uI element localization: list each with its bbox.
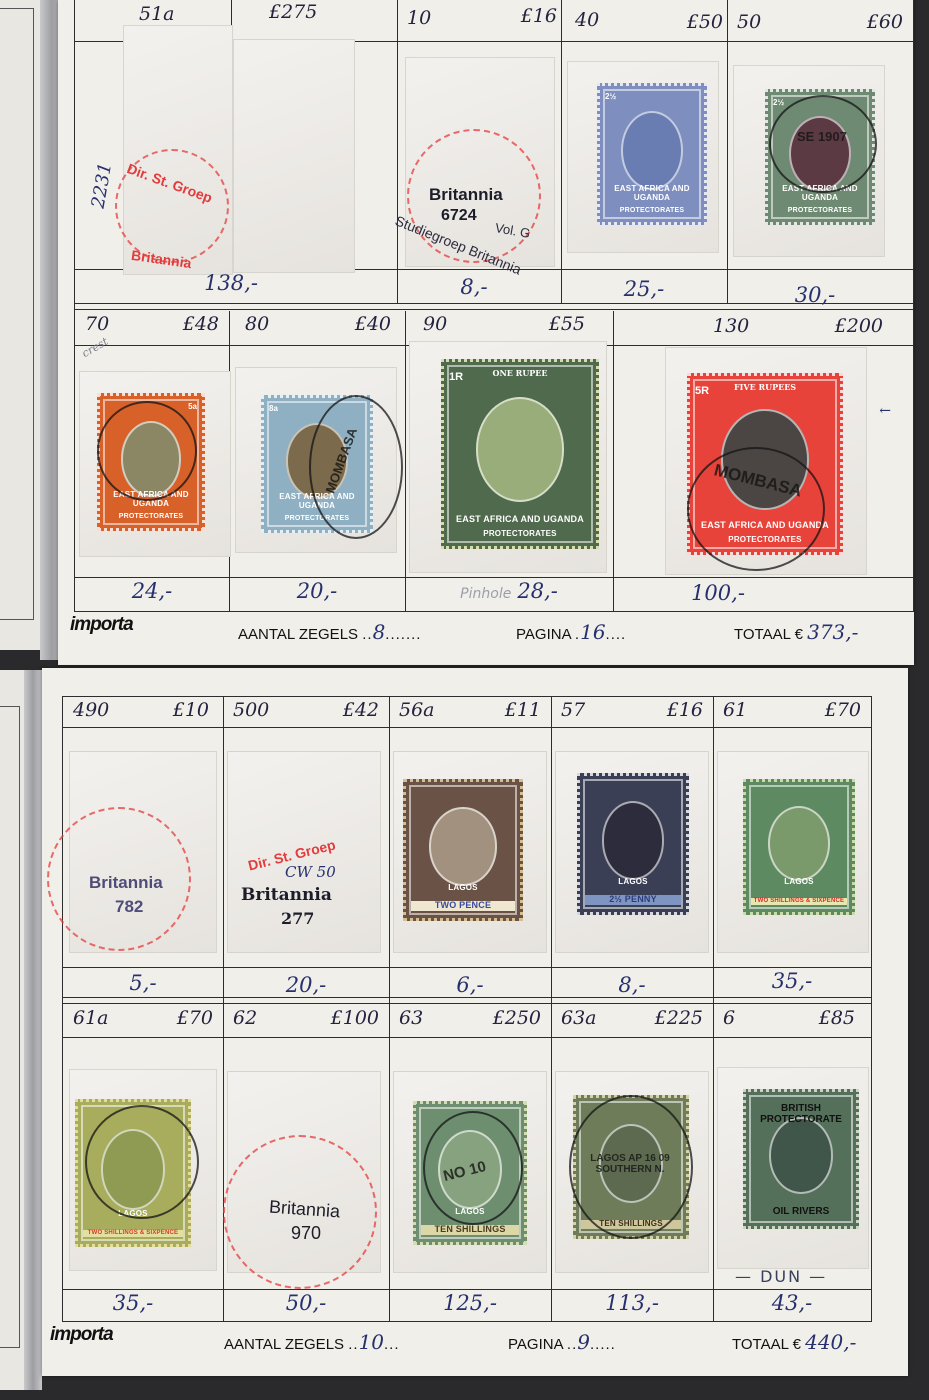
stamp-slot[interactable]: 80 £40 8a EAST AFRICA AND UGANDA PROTECT… <box>229 311 405 611</box>
count-value: 10 <box>359 1330 384 1354</box>
stamp-slot[interactable]: 70 £48 crest 5a EAST AFRICA AND UGANDA P… <box>75 311 229 611</box>
price: 25,- <box>561 277 727 301</box>
stamp-value-label: TEN SHILLINGS <box>421 1225 519 1235</box>
price: 113,- <box>551 1291 713 1315</box>
stamp-slot[interactable]: 61a £70 LAGOS TWO SHILLINGS & SIXPENCE 3… <box>63 1005 223 1321</box>
approval-page-upper: 51a £275 2231 Dir. St. Groep Britannia 1… <box>58 0 914 665</box>
catalogue-number: 490 <box>73 699 109 721</box>
catalogue-value: £16 <box>667 699 703 721</box>
stamp-east-africa-uganda-five-rupees[interactable]: FIVE RUPEES 5R EAST AFRICA AND UGANDA PR… <box>687 373 843 555</box>
page-number: PAGINA .16.... <box>516 620 626 644</box>
postmark: MOMBASA <box>309 395 403 539</box>
stamp-slot[interactable]: 61 £70 LAGOS TWO SHILLINGS & SIXPENCE 35… <box>713 697 871 997</box>
catalogue-value: £200 <box>835 315 883 337</box>
stamp-slot[interactable]: 500 £42 Dir. St. Groep CW 50 Britannia 2… <box>223 697 389 997</box>
catalogue-value: £70 <box>177 1007 213 1029</box>
catalogue-value: £11 <box>505 699 541 721</box>
stamp-east-africa-uganda[interactable]: 2½ EAST AFRICA AND UGANDA PROTECTORATES <box>597 83 707 225</box>
total-value: 373,- <box>807 620 858 644</box>
importa-logo: importa <box>70 614 133 636</box>
stamp-value-label: TWO SHILLINGS & SIXPENCE <box>83 1230 183 1237</box>
stamp-count: AANTAL ZEGELS ..8....... <box>238 620 421 644</box>
handwritten-note: — DUN — <box>735 1267 827 1286</box>
stamp-slot[interactable]: 62 £100 Britannia 970 50,- <box>223 1005 389 1321</box>
stamp-grid-upper: 51a £275 2231 Dir. St. Groep Britannia 1… <box>74 0 914 612</box>
postmark <box>85 1105 199 1219</box>
overprint-bottom: OIL RIVERS <box>747 1206 855 1217</box>
page-value: 16 <box>580 620 605 644</box>
stamp-value-label: TWO PENCE <box>411 901 515 911</box>
postmark: SE 1907 <box>769 95 877 193</box>
catalogue-number: 56a <box>399 699 435 721</box>
stamp-country: EAST AFRICA AND UGANDA <box>605 185 699 203</box>
price: 20,- <box>229 579 405 603</box>
count-label: AANTAL ZEGELS <box>224 1336 344 1353</box>
britannia-stamp-text: Britannia <box>89 873 163 893</box>
catalogue-value: £250 <box>493 1007 541 1029</box>
stamp-subtitle: PROTECTORATES <box>105 513 197 521</box>
approval-page-lower: 490 £10 Britannia 782 5,- 500 £42 Dir. S… <box>42 668 908 1376</box>
catalogue-number: 61 <box>723 699 747 721</box>
stamp-slot[interactable]: 63a £225 TEN SHILLINGS LAGOS AP 16 09 SO… <box>551 1005 713 1321</box>
catalogue-value: £48 <box>183 313 219 335</box>
condition-note: Pinhole <box>460 586 511 602</box>
price: 138,- <box>65 271 397 295</box>
catalogue-number: 90 <box>423 313 447 335</box>
stamp-denomination: 1R <box>449 371 591 383</box>
page-label: PAGINA <box>516 626 571 643</box>
britannia-stamp-text: Britannia <box>241 885 332 905</box>
price: 6,- <box>389 973 551 997</box>
price: 35,- <box>713 969 871 993</box>
catalogue-number: 51a <box>139 3 175 25</box>
catalogue-number: 63a <box>561 1007 597 1029</box>
page-number: PAGINA ..9..... <box>508 1330 616 1354</box>
postmark <box>97 401 197 501</box>
postmark: MOMBASA <box>687 447 825 571</box>
stamp-east-africa-uganda[interactable]: 8a EAST AFRICA AND UGANDA PROTECTORATES … <box>261 395 373 533</box>
stamp-slot[interactable]: 51a £275 2231 Dir. St. Groep Britannia 1… <box>75 0 397 303</box>
britannia-stamp-number: 6724 <box>441 207 477 225</box>
catalogue-value: £50 <box>687 11 723 33</box>
stamp-slot[interactable]: 130 £200 FIVE RUPEES 5R EAST AFRICA AND … <box>613 311 913 611</box>
stamp-slot[interactable]: 10 £16 Britannia 6724 Studiegroep Britan… <box>397 0 561 303</box>
stamp-slot[interactable]: 56a £11 LAGOS TWO PENCE 6,- <box>389 697 551 997</box>
price: 100,- <box>523 581 913 605</box>
catalogue-value: £42 <box>343 699 379 721</box>
handwritten-note: 2231 <box>88 161 117 210</box>
stamp-slot[interactable]: 6 £85 BRITISH PROTECTORATE OIL RIVERS — … <box>713 1005 871 1321</box>
price: 8,- <box>387 275 561 299</box>
stamp-lagos[interactable]: LAGOS TEN SHILLINGS NO 10 <box>413 1101 527 1245</box>
stamp-slot[interactable]: 90 £55 ONE RUPEE 1R EAST AFRICA AND UGAN… <box>405 311 613 611</box>
stamp-country: LAGOS <box>751 878 847 887</box>
stamp-slot[interactable]: 490 £10 Britannia 782 5,- <box>63 697 223 997</box>
stamp-count: AANTAL ZEGELS ..10... <box>224 1330 400 1354</box>
stamp-country: LAGOS <box>411 884 515 893</box>
stamp-lagos[interactable]: TEN SHILLINGS LAGOS AP 16 09 SOUTHERN N. <box>573 1095 689 1239</box>
catalogue-number: 10 <box>407 7 431 29</box>
price: 125,- <box>389 1291 551 1315</box>
price: 50,- <box>223 1291 389 1315</box>
stamp-grid-lower: 490 £10 Britannia 782 5,- 500 £42 Dir. S… <box>62 696 872 1322</box>
importa-logo: importa <box>50 1324 113 1346</box>
stamp-denomination: 2½ <box>605 92 699 101</box>
stamp-subtitle: PROTECTORATES <box>449 530 591 539</box>
stamp-lagos[interactable]: LAGOS 2½ PENNY <box>577 773 689 915</box>
stamp-lagos[interactable]: LAGOS TWO SHILLINGS & SIXPENCE <box>75 1099 191 1247</box>
stamp-slot[interactable]: 63 £250 LAGOS TEN SHILLINGS NO 10 125,- <box>389 1005 551 1321</box>
price: 20,- <box>223 973 389 997</box>
catalogue-number: 80 <box>245 313 269 335</box>
catalogue-number: 62 <box>233 1007 257 1029</box>
page-total: TOTAAL € 373,- <box>734 620 858 644</box>
britannia-stamp-number: 782 <box>115 897 143 917</box>
britannia-stamp-number: 277 <box>281 909 314 928</box>
price: 35,- <box>43 1291 223 1315</box>
catalogue-value: £100 <box>331 1007 379 1029</box>
postmark: NO 10 <box>423 1111 523 1225</box>
catalogue-number: 63 <box>399 1007 423 1029</box>
stamp-value-label: TWO SHILLINGS & SIXPENCE <box>751 898 847 905</box>
stamp-country: EAST AFRICA AND UGANDA <box>449 515 591 525</box>
catalogue-value: £70 <box>825 699 861 721</box>
catalogue-number: 50 <box>737 11 761 33</box>
overprint-top: BRITISH PROTECTORATE <box>747 1103 855 1125</box>
back-page-upper <box>0 0 42 650</box>
stamp-subtitle: PROTECTORATES <box>605 207 699 215</box>
price: 8,- <box>551 973 713 997</box>
britannia-stamp-text: Britannia <box>429 185 503 205</box>
booklet-spine-lower <box>24 670 42 1390</box>
total-label: TOTAAL € <box>734 626 803 643</box>
catalogue-value: £40 <box>355 313 391 335</box>
catalogue-value: £10 <box>173 699 209 721</box>
count-label: AANTAL ZEGELS <box>238 626 358 643</box>
handwritten-note: crest <box>80 335 111 360</box>
page-footer: importa AANTAL ZEGELS ..10... PAGINA ..9… <box>42 1322 908 1362</box>
stamp-denomination: 5R <box>695 385 835 397</box>
stamp-east-africa-uganda-one-rupee[interactable]: ONE RUPEE 1R EAST AFRICA AND UGANDA PROT… <box>441 359 599 549</box>
catalogue-value: £60 <box>867 11 903 33</box>
price: 43,- <box>713 1291 871 1315</box>
page-total: TOTAAL € 440,- <box>732 1330 856 1354</box>
total-label: TOTAAL € <box>732 1336 801 1353</box>
catalogue-number: 40 <box>575 9 599 31</box>
britannia-stamp-number: 970 <box>291 1223 321 1244</box>
arrow-marker: ← <box>879 403 891 419</box>
stamp-slot[interactable]: 40 £50 2½ EAST AFRICA AND UGANDA PROTECT… <box>561 0 727 303</box>
catalogue-value: £275 <box>269 1 317 23</box>
stamp-lagos[interactable]: LAGOS TWO PENCE <box>403 779 523 921</box>
stamp-oil-rivers[interactable]: BRITISH PROTECTORATE OIL RIVERS <box>743 1089 859 1229</box>
stamp-slot[interactable]: 57 £16 LAGOS 2½ PENNY 8,- <box>551 697 713 997</box>
price: 24,- <box>75 579 229 603</box>
stamp-country: LAGOS <box>585 878 681 887</box>
catalogue-number: 130 <box>713 315 749 337</box>
empty-mount <box>233 39 355 273</box>
handwritten-note: CW 50 <box>285 863 336 881</box>
catalogue-number: 61a <box>73 1007 109 1029</box>
stamp-value-label: 2½ PENNY <box>585 895 681 905</box>
catalogue-number: 70 <box>85 313 109 335</box>
price: 30,- <box>717 283 913 307</box>
page-label: PAGINA <box>508 1336 563 1353</box>
catalogue-value: £55 <box>549 313 585 335</box>
catalogue-number: 6 <box>723 1007 735 1029</box>
stamp-subtitle: PROTECTORATES <box>773 207 867 215</box>
catalogue-value: £85 <box>819 1007 855 1029</box>
total-value: 440,- <box>805 1330 856 1354</box>
catalogue-value: £16 <box>521 5 557 27</box>
count-value: 8 <box>373 620 386 644</box>
stamp-east-africa-uganda[interactable]: 5a EAST AFRICA AND UGANDA PROTECTORATES <box>97 393 205 531</box>
stamp-east-africa-uganda[interactable]: 2½ EAST AFRICA AND UGANDA PROTECTORATES … <box>765 89 875 225</box>
postmark: LAGOS AP 16 09 SOUTHERN N. <box>569 1095 693 1239</box>
catalogue-number: 57 <box>561 699 585 721</box>
page-value: 9 <box>577 1330 590 1354</box>
page-footer: importa AANTAL ZEGELS ..8....... PAGINA … <box>58 612 914 652</box>
stamp-lagos[interactable]: LAGOS TWO SHILLINGS & SIXPENCE <box>743 779 855 915</box>
price: 5,- <box>63 971 223 995</box>
stamp-slot[interactable]: 50 £60 2½ EAST AFRICA AND UGANDA PROTECT… <box>727 0 913 303</box>
catalogue-number: 500 <box>233 699 269 721</box>
catalogue-value: £225 <box>655 1007 703 1029</box>
